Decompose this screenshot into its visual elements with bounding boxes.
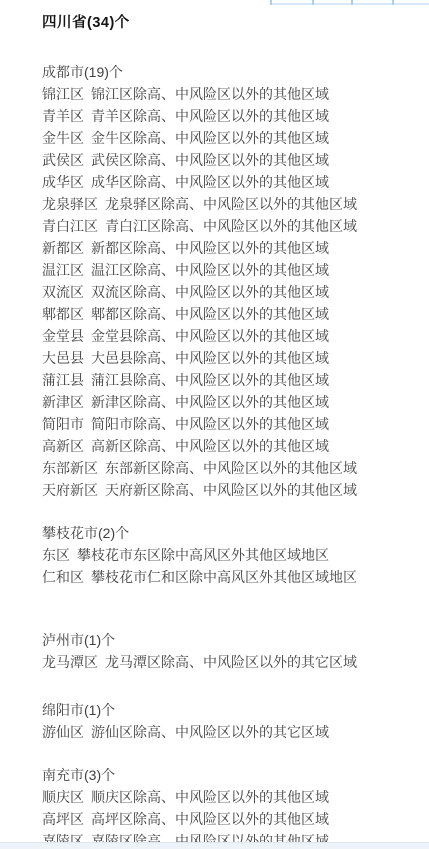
district-row: 青羊区青羊区除高、中风险区以外的其他区域	[42, 105, 409, 127]
city-header: 绵阳市(1)个	[42, 699, 409, 721]
district-name: 青羊区	[42, 108, 84, 124]
city-sections: 成都市(19)个锦江区锦江区除高、中风险区以外的其他区域青羊区青羊区除高、中风险…	[42, 61, 409, 849]
table-cell-border-icon	[312, 0, 314, 5]
district-description: 蒲江县除高、中风险区以外的其他区域	[91, 372, 329, 388]
district-description: 成华区除高、中风险区以外的其他区域	[91, 174, 329, 190]
city-section: 成都市(19)个锦江区锦江区除高、中风险区以外的其他区域青羊区青羊区除高、中风险…	[42, 61, 409, 501]
district-name: 游仙区	[42, 724, 84, 740]
district-description: 武侯区除高、中风险区以外的其他区域	[91, 152, 329, 168]
district-description: 高新区除高、中风险区以外的其他区域	[91, 438, 329, 454]
district-name: 高新区	[42, 438, 84, 454]
district-name: 天府新区	[42, 482, 98, 498]
district-description: 金牛区除高、中风险区以外的其他区域	[91, 130, 329, 146]
district-description: 东部新区除高、中风险区以外的其他区域	[105, 460, 357, 476]
district-row: 锦江区锦江区除高、中风险区以外的其他区域	[42, 83, 409, 105]
province-title: 四川省(34)个	[42, 12, 409, 34]
table-cell-border-icon	[351, 0, 353, 5]
district-row: 天府新区天府新区除高、中风险区以外的其他区域	[42, 479, 409, 501]
district-description: 高坪区除高、中风险区以外的其他区域	[91, 811, 329, 827]
district-row: 青白江区青白江区除高、中风险区以外的其他区域	[42, 215, 409, 237]
city-header: 攀枝花市(2)个	[42, 522, 409, 544]
district-name: 武侯区	[42, 152, 84, 168]
district-row: 高坪区高坪区除高、中风险区以外的其他区域	[42, 808, 409, 830]
district-description: 新津区除高、中风险区以外的其他区域	[91, 394, 329, 410]
district-name: 双流区	[42, 284, 84, 300]
district-description: 攀枝花市仁和区除中高风区外其他区域地区	[91, 569, 357, 585]
district-description: 龙泉驿区除高、中风险区以外的其他区域	[105, 196, 357, 212]
district-description: 青白江区除高、中风险区以外的其他区域	[105, 218, 357, 234]
district-name: 顺庆区	[42, 789, 84, 805]
district-description: 天府新区除高、中风险区以外的其他区域	[105, 482, 357, 498]
city-header: 泸州市(1)个	[42, 629, 409, 651]
city-header: 南充市(3)个	[42, 764, 409, 786]
district-name: 龙马潭区	[42, 654, 98, 670]
district-row: 金牛区金牛区除高、中风险区以外的其他区域	[42, 127, 409, 149]
district-name: 金堂县	[42, 328, 84, 344]
district-row: 新津区新津区除高、中风险区以外的其他区域	[42, 391, 409, 413]
district-description: 青羊区除高、中风险区以外的其他区域	[91, 108, 329, 124]
district-description: 攀枝花市东区除中高风区外其他区域地区	[77, 547, 329, 563]
district-description: 简阳市除高、中风险区以外的其他区域	[91, 416, 329, 432]
district-row: 蒲江县蒲江县除高、中风险区以外的其他区域	[42, 369, 409, 391]
district-name: 成华区	[42, 174, 84, 190]
table-cell-border-icon	[392, 0, 394, 5]
district-description: 新都区除高、中风险区以外的其他区域	[91, 240, 329, 256]
district-row: 温江区温江区除高、中风险区以外的其他区域	[42, 259, 409, 281]
district-row: 武侯区武侯区除高、中风险区以外的其他区域	[42, 149, 409, 171]
district-row: 东部新区东部新区除高、中风险区以外的其他区域	[42, 457, 409, 479]
district-description: 温江区除高、中风险区以外的其他区域	[91, 262, 329, 278]
district-row: 顺庆区顺庆区除高、中风险区以外的其他区域	[42, 786, 409, 808]
district-row: 新都区新都区除高、中风险区以外的其他区域	[42, 237, 409, 259]
district-row: 仁和区攀枝花市仁和区除中高风区外其他区域地区	[42, 566, 409, 588]
district-name: 青白江区	[42, 218, 98, 234]
district-row: 金堂县金堂县除高、中风险区以外的其他区域	[42, 325, 409, 347]
district-row: 高新区高新区除高、中风险区以外的其他区域	[42, 435, 409, 457]
district-description: 双流区除高、中风险区以外的其他区域	[91, 284, 329, 300]
district-description: 锦江区除高、中风险区以外的其他区域	[91, 86, 329, 102]
district-row: 双流区双流区除高、中风险区以外的其他区域	[42, 281, 409, 303]
city-section: 绵阳市(1)个游仙区游仙区除高、中风险区以外的其它区域	[42, 699, 409, 743]
district-description: 顺庆区除高、中风险区以外的其他区域	[91, 789, 329, 805]
district-name: 蒲江县	[42, 372, 84, 388]
district-name: 简阳市	[42, 416, 84, 432]
district-name: 新都区	[42, 240, 84, 256]
district-name: 龙泉驿区	[42, 196, 98, 212]
district-row: 大邑县大邑县除高、中风险区以外的其他区域	[42, 347, 409, 369]
table-fragment-top	[270, 0, 429, 5]
district-description: 郫都区除高、中风险区以外的其他区域	[91, 306, 329, 322]
city-header: 成都市(19)个	[42, 61, 409, 83]
district-description: 金堂县除高、中风险区以外的其他区域	[91, 328, 329, 344]
district-name: 锦江区	[42, 86, 84, 102]
district-row: 游仙区游仙区除高、中风险区以外的其它区域	[42, 721, 409, 743]
district-row: 东区攀枝花市东区除中高风区外其他区域地区	[42, 544, 409, 566]
district-name: 高坪区	[42, 811, 84, 827]
district-row: 郫都区郫都区除高、中风险区以外的其他区域	[42, 303, 409, 325]
city-section: 南充市(3)个顺庆区顺庆区除高、中风险区以外的其他区域高坪区高坪区除高、中风险区…	[42, 764, 409, 849]
district-name: 仁和区	[42, 569, 84, 585]
city-section: 泸州市(1)个龙马潭区龙马潭区除高、中风险区以外的其它区域	[42, 629, 409, 673]
document-page: 四川省(34)个 成都市(19)个锦江区锦江区除高、中风险区以外的其他区域青羊区…	[0, 0, 429, 849]
district-name: 东部新区	[42, 460, 98, 476]
district-row: 简阳市简阳市除高、中风险区以外的其他区域	[42, 413, 409, 435]
city-section: 攀枝花市(2)个东区攀枝花市东区除中高风区外其他区域地区仁和区攀枝花市仁和区除中…	[42, 522, 409, 588]
district-row: 龙马潭区龙马潭区除高、中风险区以外的其它区域	[42, 651, 409, 673]
district-name: 新津区	[42, 394, 84, 410]
district-row: 成华区成华区除高、中风险区以外的其他区域	[42, 171, 409, 193]
district-name: 金牛区	[42, 130, 84, 146]
district-description: 龙马潭区除高、中风险区以外的其它区域	[105, 654, 357, 670]
district-name: 温江区	[42, 262, 84, 278]
district-row: 龙泉驿区龙泉驿区除高、中风险区以外的其他区域	[42, 193, 409, 215]
table-fragment-bottom	[0, 842, 429, 849]
district-name: 东区	[42, 547, 70, 563]
table-cell-border-icon	[270, 0, 272, 5]
district-description: 游仙区除高、中风险区以外的其它区域	[91, 724, 329, 740]
district-name: 大邑县	[42, 350, 84, 366]
district-description: 大邑县除高、中风险区以外的其他区域	[91, 350, 329, 366]
district-name: 郫都区	[42, 306, 84, 322]
